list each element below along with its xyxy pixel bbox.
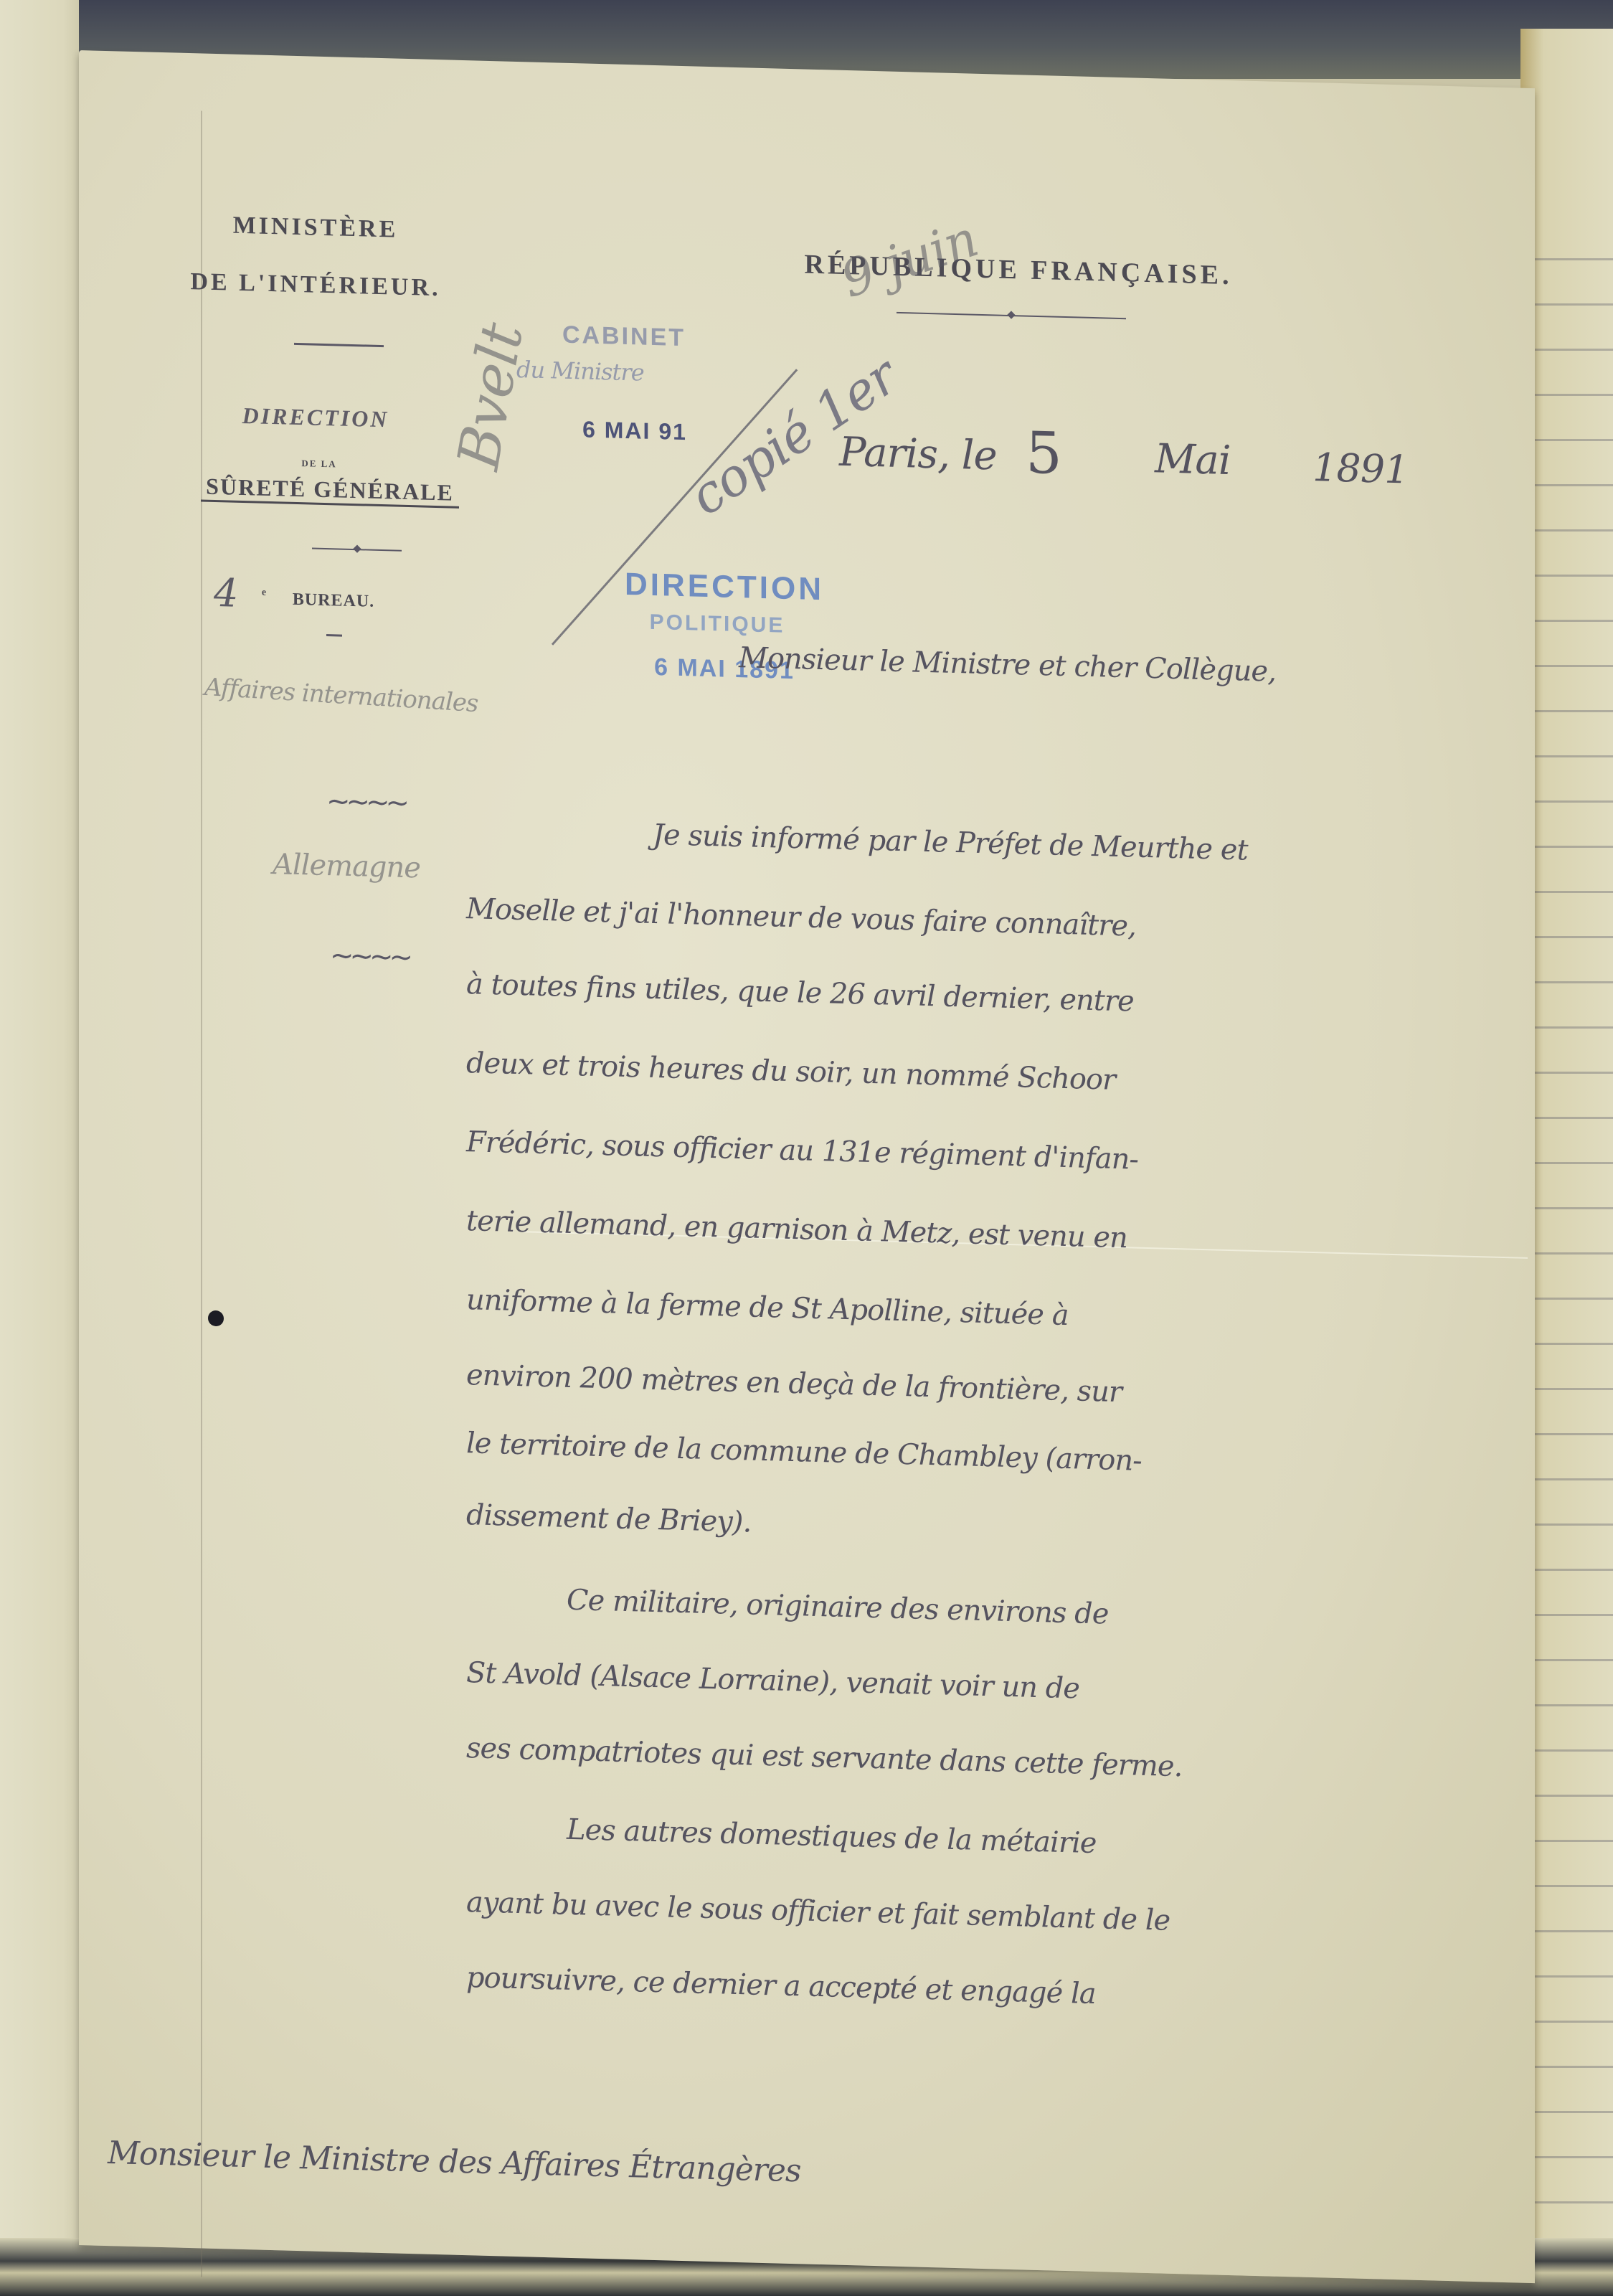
- body-line: St Avold (Alsace Lorraine), venait voir …: [466, 1656, 1079, 1705]
- pencil-annotation-diagonal: Bvelt: [445, 318, 536, 475]
- dateline-place: Paris, le: [839, 429, 997, 480]
- cabinet-stamp-date: 6 MAI 91: [552, 415, 717, 446]
- background-left-paper-edge: [0, 0, 79, 2296]
- body-line: à toutes fins utiles, que le 26 avril de…: [466, 968, 1134, 1018]
- republic-heading: RÉPUBLIQUE FRANÇAISE.: [739, 247, 1298, 293]
- body-line: ses compatriotes qui est servante dans c…: [466, 1732, 1182, 1783]
- cabinet-stamp-title: CABINET: [531, 320, 717, 353]
- bureau-suffix: e: [255, 587, 276, 599]
- de-la-label: DE LA: [287, 458, 351, 471]
- letter-sheet: MINISTÈRE DE L'INTÉRIEUR. DIRECTION DE L…: [79, 50, 1535, 2283]
- cabinet-stamp-subtitle: du Ministre: [516, 356, 644, 387]
- punch-hole: [208, 1310, 224, 1327]
- dateline-year: 1891: [1312, 445, 1408, 492]
- ornament-divider: [294, 343, 384, 347]
- background-right-sheet-writing: [1535, 215, 1613, 2224]
- ornament-dash: [326, 634, 342, 637]
- body-line: uniforme à la ferme de St Apolline, situ…: [466, 1283, 1069, 1332]
- body-line: dissement de Briey).: [466, 1498, 751, 1539]
- margin-note-affaires: Affaires internationales: [204, 673, 478, 718]
- body-line: le territoire de la commune de Chambley …: [466, 1427, 1142, 1478]
- republic-divider: [897, 312, 1126, 319]
- body-line: Les autres domestiques de la métairie: [567, 1813, 1096, 1860]
- surete-generale-label: SÛRETÉ GÉNÉRALE: [201, 473, 459, 508]
- body-line: deux et trois heures du soir, un nommé S…: [466, 1047, 1115, 1097]
- margin-flourish: ~~~~: [330, 939, 409, 974]
- bureau-label: BUREAU.: [287, 590, 380, 612]
- direction-label: DIRECTION: [201, 401, 430, 433]
- dateline-day: 5: [1026, 420, 1061, 487]
- margin-note-allemagne: Allemagne: [273, 848, 420, 884]
- body-line: Moselle et j'ai l'honneur de vous faire …: [466, 892, 1136, 943]
- body-line: ayant bu avec le sous officier et fait s…: [466, 1886, 1170, 1937]
- bureau-number: 4: [214, 570, 237, 616]
- addressee: Monsieur le Ministre des Affaires Étrang…: [108, 2135, 800, 2189]
- left-margin-rule: [201, 110, 202, 2277]
- ornament-divider-diamond: [312, 548, 402, 552]
- body-line: Ce militaire, originaire des environs de: [567, 1584, 1108, 1631]
- pencil-annotation-top: 9 juin: [833, 209, 985, 309]
- direction-politique-stamp-subtitle: POLITIQUE: [610, 609, 825, 639]
- ministry-title-line2: DE L'INTÉRIEUR.: [165, 268, 466, 303]
- body-line: environ 200 mètres en deçà de la frontiè…: [466, 1359, 1122, 1409]
- direction-politique-stamp-title: DIRECTION: [574, 565, 875, 609]
- ministry-title-line1: MINISTÈRE: [201, 211, 430, 244]
- body-line: Frédéric, sous officier au 131e régiment…: [466, 1125, 1138, 1176]
- dateline-month: Mai: [1155, 435, 1231, 484]
- margin-flourish: ~~~~: [326, 785, 405, 820]
- body-line: poursuivre, ce dernier a accepté et enga…: [466, 1961, 1096, 2011]
- body-line: terie allemand, en garnison à Metz, est …: [466, 1204, 1127, 1255]
- body-line: Je suis informé par le Préfet de Meurthe…: [653, 818, 1248, 867]
